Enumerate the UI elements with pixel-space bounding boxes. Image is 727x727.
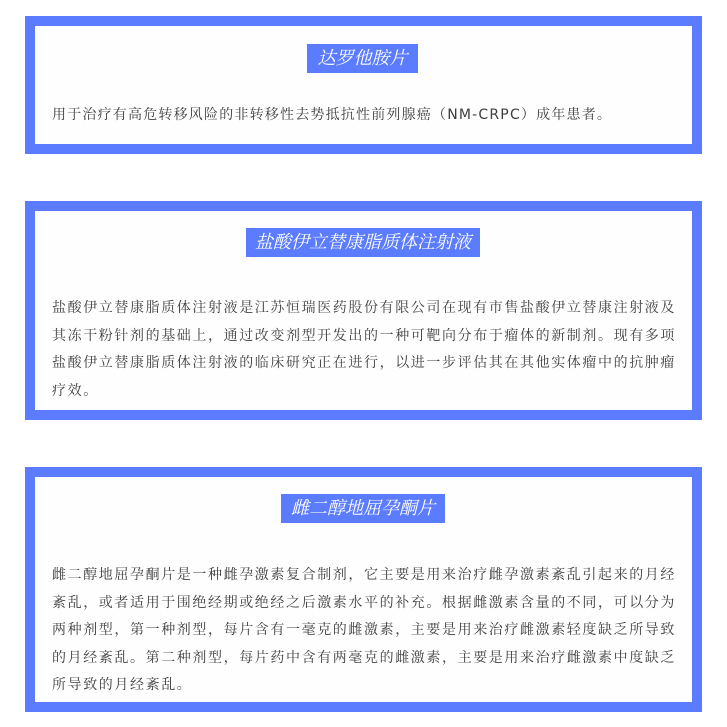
drug-title-tag: 雌二醇地屈孕酮片 — [281, 494, 445, 523]
drug-title-tag: 达罗他胺片 — [307, 44, 418, 73]
drug-title-tag: 盐酸伊立替康脂质体注射液 — [246, 228, 480, 257]
drug-card-irinotecan-liposome: 盐酸伊立替康脂质体注射液 盐酸伊立替康脂质体注射液是江苏恒瑞医药股份有限公司在现… — [25, 201, 702, 420]
drug-description: 雌二醇地屈孕酮片是一种雌孕激素复合制剂，它主要是用来治疗雌孕激素紊乱引起来的月经… — [52, 562, 678, 700]
drug-description: 盐酸伊立替康脂质体注射液是江苏恒瑞医药股份有限公司在现有市售盐酸伊立替康注射液及… — [52, 295, 678, 405]
drug-description: 用于治疗有高危转移风险的非转移性去势抵抗性前列腺癌（NM-CRPC）成年患者。 — [52, 102, 678, 130]
drug-card-estradiol-dydrogesterone: 雌二醇地屈孕酮片 雌二醇地屈孕酮片是一种雌孕激素复合制剂，它主要是用来治疗雌孕激… — [25, 467, 702, 712]
drug-card-darolutamide: 达罗他胺片 用于治疗有高危转移风险的非转移性去势抵抗性前列腺癌（NM-CRPC）… — [25, 16, 702, 154]
